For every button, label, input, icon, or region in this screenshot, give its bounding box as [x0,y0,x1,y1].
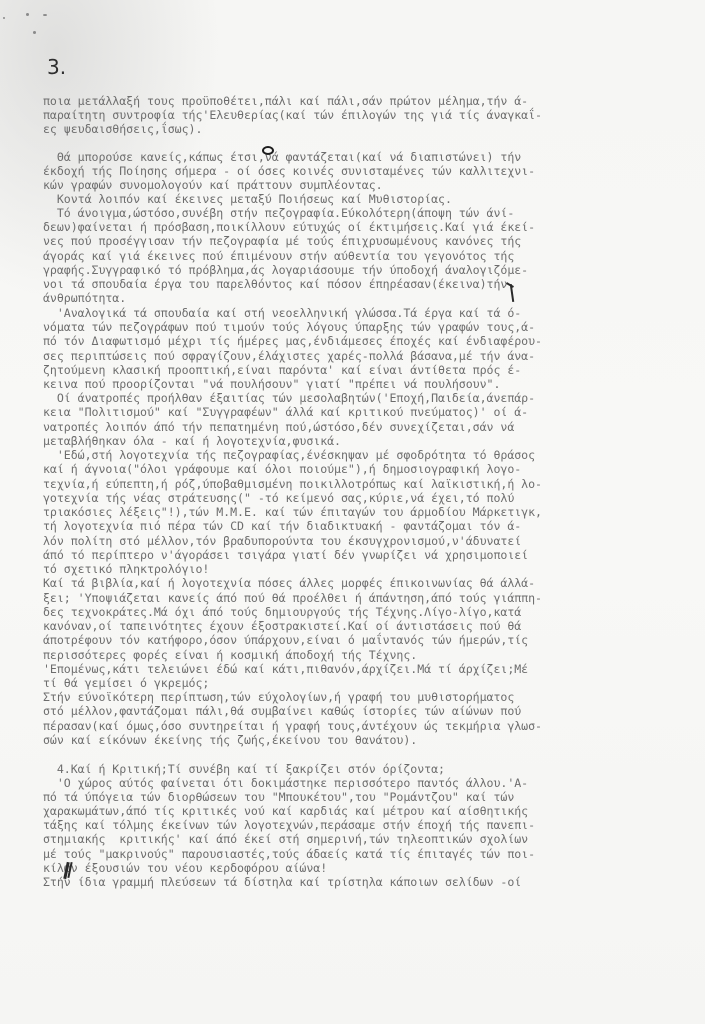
text-line: τεχνία,ή εύπεπτη,ή ρόζ,ύποβαθμισμένη ποι… [43,477,542,491]
text-line: γοτεχνία τής νέας στράτευσης(" -τό κείμε… [43,491,514,505]
text-line: τριακόσιες λέξεις"!),τών Μ.Μ.Ε. καί τών … [43,505,542,519]
page-number: 3. [47,55,66,79]
text-line: Καί τά βιβλία,καί ή λογοτεχνία πόσες άλλ… [43,576,535,590]
text-line: Στήν εύνοϊκότερη περίπτωση,τών εύχολογίω… [43,690,514,704]
text-line: έκδοχή τής Ποίησης σήμερα - οί όσες κοιν… [43,164,535,178]
text-line: περισσότερες φορές είναι ή κοσμική άποδο… [43,648,417,662]
text-line: 'Επομένως,κάτι τελειώνει έδώ καί κάτι,πι… [43,662,528,676]
text-line: τή λογοτεχνία πιό πέρα τών CD καί τήν δι… [43,519,521,533]
typewritten-page: 3. ποια μετάλλαξή τους προϋποθέτει,πάλι … [0,0,705,1024]
paper-speck [3,17,5,19]
text-line: σών καί είκόνων έκείνης τής ζωής,έκείνου… [43,733,417,747]
paper-speck [43,14,47,16]
text-line: δες τεχνοκράτες.Μά όχι άπό τούς δημιουργ… [43,605,521,619]
text-line: νες πού προσέγγισαν τήν πεζογραφία μέ το… [43,234,521,248]
text-line: Στήν ίδια γραμμή πλεύσεων τά δίστηλα καί… [43,875,521,889]
text-line: Κοντά λοιπόν καί έκεινες μεταξύ Ποιήσεως… [43,192,452,206]
text-line: πό τόν Διαφωτισμό μέχρι τίς ήμέρες μας,έ… [43,334,542,348]
text-line: Θά μπορούσε κανείς,κάπως έτσι,νά φαντάζε… [43,150,521,164]
text-line: 4.Καί ή Κριτική;Τί συνέβη καί τί ξακρίζε… [43,762,445,776]
text-line: άγοράς καί γιά έκεινες πού έπιμένουν στή… [43,249,514,263]
text-line: κών γραφών συνομολογούν καί πράττουν συμ… [43,178,383,192]
text-line: νατροπές λοιπόν άπό τήν πεπατημένη πού,ώ… [43,420,514,434]
text-line: τάξης καί τόλμης έκείνων τών λογοτεχνών,… [43,818,535,832]
text-line: 'Εδώ,στή λογοτεχνία τής πεζογραφίας,ένέσ… [43,448,535,462]
text-line: τό σχετικό πληκτρολόγιο! [43,562,209,576]
paper-speck [26,13,29,16]
text-line: πό τά ύπόγεια τών διορθώσεων του "Μπουκέ… [43,790,514,804]
text-line: ξει; 'Υποψιάζεται κανείς άπό πού θά προέ… [43,591,542,605]
text-line: νοι τά σπουδαία έργα του παρελθόντος καί… [43,277,507,291]
text-line: άπό τό περίπτερο ν'άγοράσει τσιγάρα γιατ… [43,548,528,562]
text-line: 'Ο χώρος αύτός φαίνεται ότι δοκιμάστηκε … [43,776,528,790]
text-line: κανόναν,οί ταπεινότητες έχουν έξοστρακισ… [43,619,521,633]
text-line: ποια μετάλλαξή τους προϋποθέτει,πάλι καί… [43,94,528,108]
text-line: πέρασαν(καί όμως,όσο συντηρείται ή γραφή… [43,719,542,733]
text-line: δεων)φαίνεται ή πρόσβαση,ποικίλλουν εύτυ… [43,220,535,234]
text-line: κεια "Πολιτισμού" καί "Συγγραφέων" άλλά … [43,405,528,419]
text-line: 'Αναλογικά τά σπουδαία καί στή νεοελληνι… [43,306,521,320]
text-line: μεταβλήθηκαν όλα - καί ή λογοτεχνία,φυσι… [43,434,341,448]
text-line: καί ή άγνοια("όλοι γράφουμε καί όλοι ποι… [43,462,521,476]
text-line: κίλων έξουσιών του νέου κερδοφόρου αίώνα… [43,861,327,875]
text-line: ες ψευδαισθήσεις,ΐσως). [43,122,202,136]
text-line: κεινα πού προορίζονται "νά πουλήσουν" γι… [43,377,500,391]
ink-correction-mark [262,146,274,155]
text-line: παραίτητη συντροφία τής'Ελευθερίας(καί τ… [43,108,542,122]
text-line: άποτρέφουν τόν κατήφορο,όσον ύπάρχουν,εί… [43,633,528,647]
text-line: σες περιπτώσεις πού σφραγίζουν,έλάχιστες… [43,349,535,363]
text-line: άνθρωπότητα. [43,291,126,305]
text-line: Τό άνοιγμα,ώστόσο,συνέβη στήν πεζογραφία… [43,206,514,220]
text-line: γραφής.Συγγραφικό τό πρόβλημα,άς λογαριά… [43,263,528,277]
text-line: Οί άνατροπές προήλθαν έξαιτίας τών μεσολ… [43,391,535,405]
text-line: στό μέλλον,φαντάζομαι πάλι,θά συμβαίνει … [43,704,521,718]
text-line: νόματα τών πεζογράφων πού τιμούν τούς λό… [43,320,535,334]
text-line: λόν πολίτη στό μέλλον,τόν βραδυπορούντα … [43,534,521,548]
paper-speck [33,31,36,34]
text-line: τί θά γεμίσει ό γκρεμός; [43,676,209,690]
text-line: στημιακής κριτικής' καί άπό έκεί στή σημ… [43,832,528,846]
text-line: ζητούμενη κλασική προοπτική,είναι παρόντ… [43,363,521,377]
text-line: μέ τούς "μακρινούς" παρουσιαστές,τούς άδ… [43,847,535,861]
text-line: χαρακωμάτων,άπό τίς κριτικές νού καί καρ… [43,804,528,818]
